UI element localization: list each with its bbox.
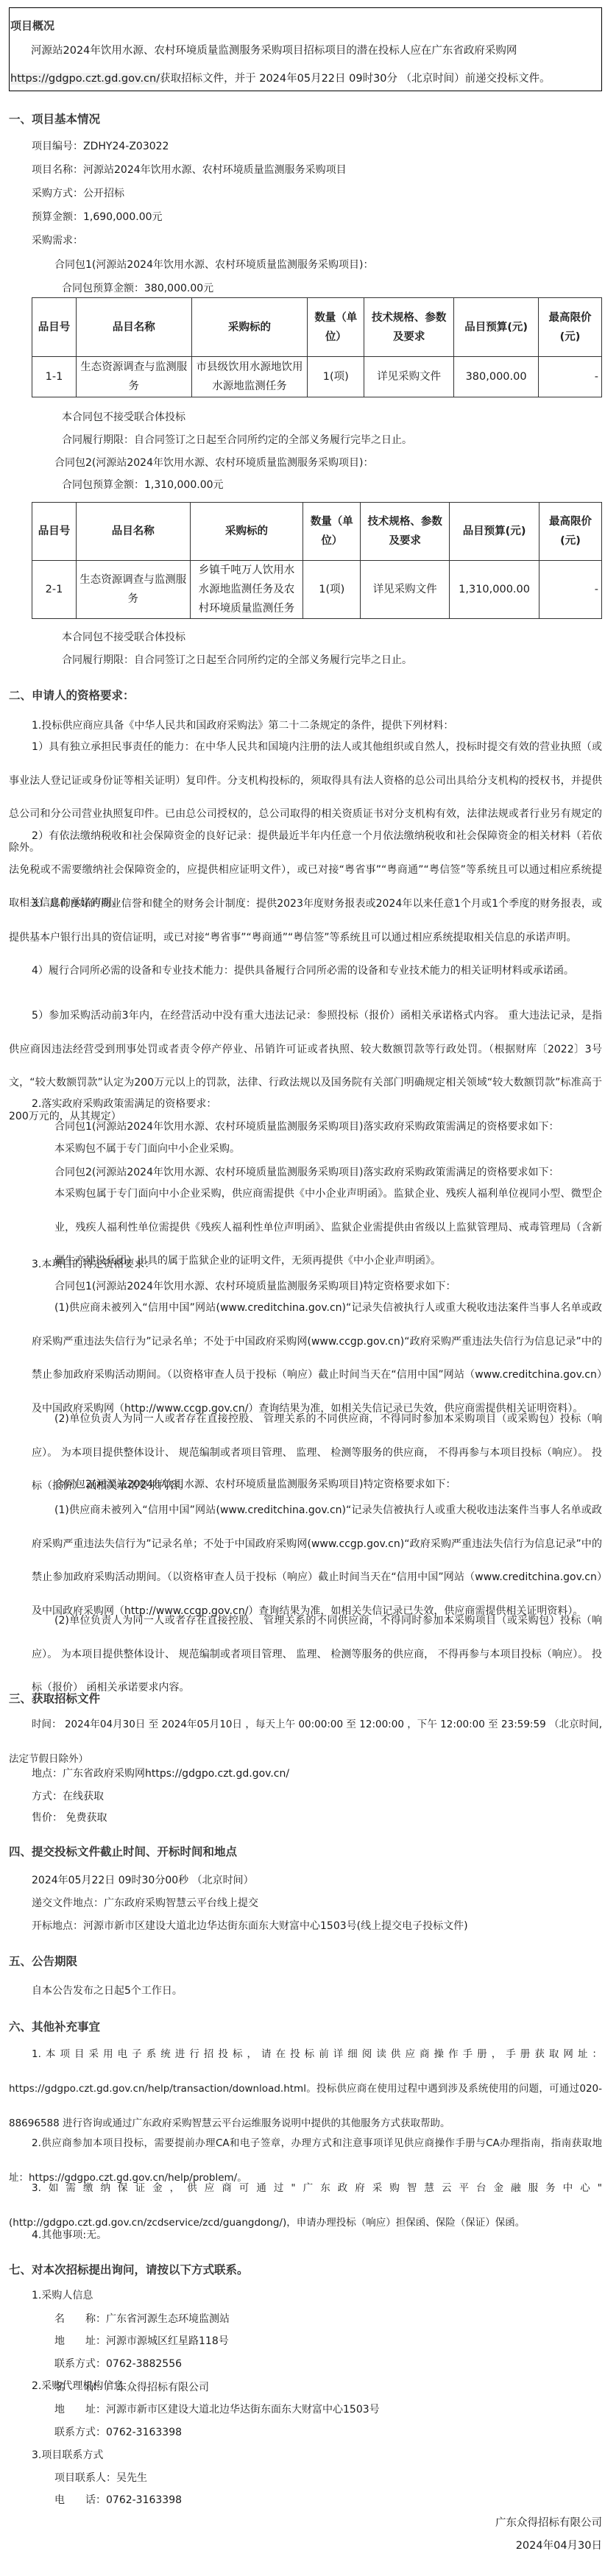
package-1-specific-title: 合同包1(河源站2024年饮用水源、农村环境质量监测服务采购项目)特定资格要求如… (54, 1278, 456, 1293)
package-2-budget: 合同包预算金额：1,310,000.00元 (62, 477, 224, 492)
package-1-policy: 本采购包不属于专门面向中小企业采购。 (54, 1141, 240, 1156)
col-item-name: 品目名称 (76, 298, 191, 357)
supplement-item-1: 1.本项目采用电子系统进行招投标，请在投标前详细阅读供应商操作手册，手册获取网址… (9, 2037, 602, 2141)
package-2-policy-title: 合同包2(河源站2024年饮用水源、农村环境质量监测服务采购项目)落实政府采购政… (54, 1164, 559, 1179)
submission-place: 递交文件地点：广东政府采购智慧云平台线上提交 (32, 1895, 258, 1910)
package-1-period: 合同履行期限：自合同签订之日起至合同所约定的全部义务履行完毕之日止。 (62, 432, 412, 447)
budget-amount: 预算金额：1,690,000.00元 (32, 209, 163, 224)
package-2-specific-2: (2)单位负责人为同一人或者存在直接控股、 管理关系的不同供应商，不得同时参加本… (32, 1604, 602, 1705)
table-header-row: 品目号 品目名称 采购标的 数量（单位） 技术规格、参数及要求 品目预算(元) … (32, 503, 602, 561)
qualification-sub-3: 3）具有良好的商业信誉和健全的财务会计制度：提供2023年度财务报表或2024年… (9, 888, 602, 955)
col-spec: 技术规格、参数及要求 (364, 298, 454, 357)
announcement-period: 自本公告发布之日起5个工作日。 (32, 1983, 183, 1998)
qualification-item-2: 2.落实政府采购政策需满足的资格要求： (32, 1096, 216, 1111)
purchaser-name: 名 称：广东省河源生态环境监测站 (54, 2311, 230, 2326)
table-row: 2-1 生态资源调查与监测服务 乡镇千吨万人饮用水水源地监测任务及农村环境质量监… (32, 561, 602, 619)
project-contact-phone: 电 话：0762-3163398 (54, 2492, 182, 2507)
package-2-period: 合同履行期限：自合同签订之日起至合同所约定的全部义务履行完毕之日止。 (62, 652, 412, 667)
col-budget: 品目预算(元) (450, 503, 539, 561)
package-2-table: 品目号 品目名称 采购标的 数量（单位） 技术规格、参数及要求 品目预算(元) … (32, 502, 602, 619)
col-target: 采购标的 (191, 298, 308, 357)
submission-deadline: 2024年05月22日 09时30分00秒 （北京时间） (32, 1872, 254, 1887)
table-header-row: 品目号 品目名称 采购标的 数量（单位） 技术规格、参数及要求 品目预算(元) … (32, 298, 602, 357)
qualification-sub-4: 4）履行合同所必需的设备和专业技术能力：提供具备履行合同所必需的设备和专业技术能… (9, 955, 602, 988)
purchaser-info-title: 1.采购人信息 (32, 2287, 93, 2302)
package-1-policy-title: 合同包1(河源站2024年饮用水源、农村环境质量监测服务采购项目)落实政府采购政… (54, 1119, 559, 1133)
section-7-heading: 七、对本次招标提出询问，请按以下方式联系。 (9, 2261, 249, 2277)
col-max-price: 最高限价(元) (539, 298, 602, 357)
col-quantity: 数量（单位） (303, 503, 361, 561)
demand-label: 采购需求： (32, 233, 83, 247)
acquisition-method: 方式：在线获取 (32, 1788, 104, 1803)
section-3-heading: 三、获取招标文件 (9, 1690, 100, 1706)
section-1-heading: 一、项目基本情况 (9, 110, 100, 127)
supplement-item-4: 4.其他事项:无。 (32, 2227, 107, 2242)
col-item-no: 品目号 (32, 503, 77, 561)
overview-title: 项目概况 (10, 18, 54, 33)
col-budget: 品目预算(元) (454, 298, 539, 357)
signature-date: 2024年04月30日 (516, 2537, 602, 2552)
opening-place: 开标地点：河源市新市区建设大道北边华达街东面东大财富中心1503号(线上提交电子… (32, 1918, 468, 1933)
project-name: 项目名称：河源站2024年饮用水源、农村环境质量监测服务采购项目 (32, 162, 347, 177)
agency-name: 名 称：广东众得招标有限公司 (54, 2379, 209, 2394)
package-2-title: 合同包2(河源站2024年饮用水源、农村环境质量监测服务采购项目)： (54, 455, 373, 470)
package-1-table: 品目号 品目名称 采购标的 数量（单位） 技术规格、参数及要求 品目预算(元) … (32, 297, 602, 397)
document-price: 售价： 免费获取 (32, 1810, 107, 1825)
agency-phone: 联系方式：0762-3163398 (54, 2424, 182, 2439)
project-number: 项目编号：ZDHY24-Z03022 (32, 138, 169, 153)
project-contact-person: 项目联系人：吴先生 (54, 2470, 147, 2485)
col-target: 采购标的 (190, 503, 303, 561)
col-spec: 技术规格、参数及要求 (361, 503, 450, 561)
project-contact-title: 3.项目联系方式 (32, 2447, 103, 2462)
agency-address: 地 址：河源市新市区建设大道北边华达街东面东大财富中心1503号 (54, 2402, 380, 2416)
col-quantity: 数量（单位） (308, 298, 364, 357)
section-5-heading: 五、公告期限 (9, 1953, 77, 1969)
purchaser-phone: 联系方式：0762-3882556 (54, 2356, 182, 2371)
section-6-heading: 六、其他补充事宜 (9, 2018, 100, 2034)
col-max-price: 最高限价(元) (539, 503, 602, 561)
col-item-name: 品目名称 (76, 503, 190, 561)
signature-company: 广东众得招标有限公司 (495, 2514, 602, 2530)
package-1-consortium: 本合同包不接受联合体投标 (62, 409, 185, 424)
gdgpo-link[interactable]: https:// (10, 73, 49, 85)
acquisition-place[interactable]: 地点：广东省政府采购网https://gdgpo.czt.gd.gov.cn/ (32, 1766, 289, 1780)
table-row: 1-1 生态资源调查与监测服务 市县级饮用水源地饮用水源地监测任务 1(项) 详… (32, 357, 602, 397)
package-2-consortium: 本合同包不接受联合体投标 (62, 629, 185, 644)
overview-text: 河源站2024年饮用水源、农村环境质量监测服务采购项目招标项目的潜在投标人应在广… (10, 37, 592, 93)
gdgpo-link-cont[interactable]: gdgpo.czt.gd.gov.cn/ (49, 73, 160, 85)
qualification-sub-5: 5）参加采购活动前3年内，在经营活动中没有重大违法记录：参照投标（报价）函相关承… (9, 999, 602, 1133)
procurement-method: 采购方式：公开招标 (32, 185, 124, 200)
section-2-heading: 二、申请人的资格要求： (9, 687, 135, 703)
col-item-no: 品目号 (32, 298, 77, 357)
section-4-heading: 四、提交投标文件截止时间、开标时间和地点 (9, 1843, 237, 1859)
qualification-item-1: 1.投标供应商应具备《中华人民共和国政府采购法》第二十二条规定的条件，提供下列材… (32, 718, 453, 732)
qualification-item-3: 3.本项目的特定资格要求： (32, 1256, 155, 1271)
package-1-budget: 合同包预算金额：380,000.00元 (62, 280, 213, 295)
package-1-title: 合同包1(河源站2024年饮用水源、农村环境质量监测服务采购项目)： (54, 257, 373, 272)
purchaser-address: 地 址：河源市源城区红星路118号 (54, 2333, 229, 2348)
package-2-specific-title: 合同包2(河源站2024年饮用水源、农村环境质量监测服务采购项目)特定资格要求如… (54, 1476, 456, 1491)
